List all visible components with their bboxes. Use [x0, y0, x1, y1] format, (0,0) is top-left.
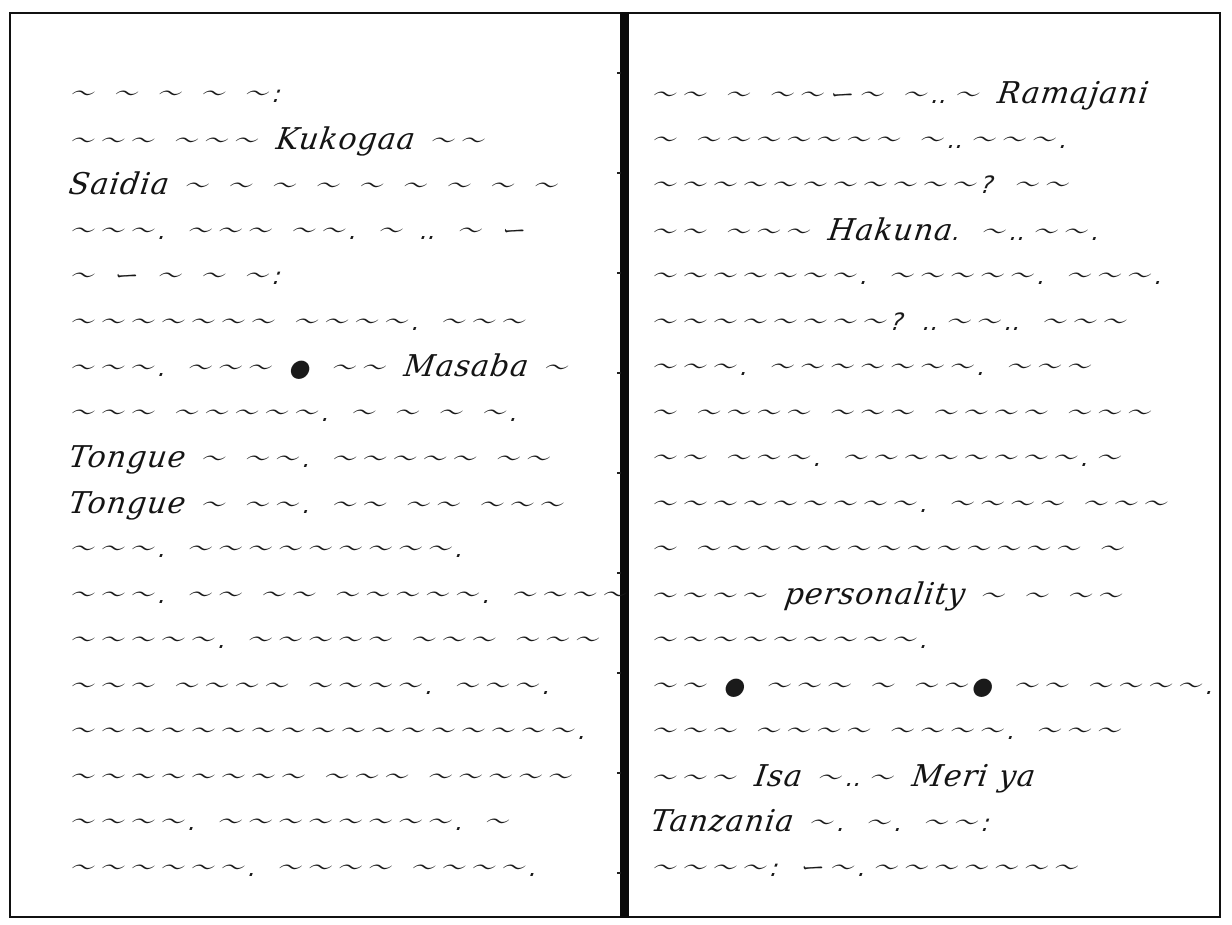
- illegible-handwriting: 〜 〜〜. 〜〜〜〜〜 〜〜: [184, 445, 556, 473]
- illegible-handwriting: 〜: [527, 354, 575, 382]
- handwritten-line: Saidia 〜 〜 〜 〜 〜 〜 〜 〜 〜: [67, 169, 565, 202]
- romanized-word: Masaba: [402, 349, 532, 384]
- handwritten-line: 〜〜〜. 〜〜〜 〜〜. 〜 ‥ 〜 ー: [67, 215, 533, 247]
- romanized-word: Kukogaa: [274, 122, 418, 157]
- illegible-handwriting: 〜〜〜. 〜〜〜〜〜〜〜. 〜〜〜: [649, 353, 1097, 381]
- illegible-handwriting: 〜 〜〜〜〜〜〜〜〜〜〜〜〜〜 〜: [649, 535, 1130, 563]
- illegible-handwriting: 〜〜〜〜〜〜〜〜〜. 〜〜〜〜 〜〜〜: [649, 490, 1174, 518]
- handwritten-line: 〜〜〜〜〜〜〜〜? ‥〜〜‥ 〜〜〜: [649, 306, 1133, 338]
- illegible-handwriting: 〜〜〜〜〜〜〜〜〜.: [649, 626, 937, 654]
- illegible-handwriting: 〜〜: [414, 127, 492, 155]
- handwritten-line: 〜〜〜. 〜〜〜〜〜〜〜〜〜.: [67, 533, 472, 565]
- handwritten-line: 〜〜〜〜〜〜〜〜〜〜〜? 〜〜: [649, 169, 1076, 201]
- handwritten-line: 〜〜 〜 〜〜ー〜 〜‥〜 Ramajani: [649, 78, 1152, 111]
- handwritten-line: 〜〜〜〜〜〜. 〜〜〜〜 〜〜〜〜.: [67, 852, 546, 884]
- illegible-handwriting: 〜〜〜 〜〜〜: [67, 127, 278, 155]
- illegible-handwriting: 〜 ー 〜 〜 〜:: [67, 262, 290, 290]
- illegible-handwriting: 〜 〜〜〜〜 〜〜〜 〜〜〜〜 〜〜〜: [649, 399, 1157, 427]
- notebook-binding-spine: [620, 12, 629, 918]
- illegible-handwriting: 〜〜〜〜. 〜〜〜〜〜〜〜〜. 〜: [67, 808, 515, 836]
- romanized-word: Tanzania: [649, 804, 797, 839]
- romanized-word: personality: [782, 577, 968, 612]
- romanized-word: Ramajani: [995, 76, 1152, 111]
- handwritten-line: 〜〜〜 Isa 〜‥〜 Meri ya: [649, 761, 1038, 794]
- handwritten-line: 〜〜〜〜〜〜〜〜〜. 〜〜〜〜 〜〜〜: [649, 488, 1174, 520]
- illegible-handwriting: 〜 〜 〜 〜 〜 〜 〜 〜 〜: [168, 172, 565, 200]
- illegible-handwriting: 〜〜〜 〜〜〜〜〜. 〜 〜 〜 〜.: [67, 399, 526, 427]
- handwritten-line: 〜〜〜〜 personality 〜 〜 〜〜: [649, 579, 1129, 612]
- handwritten-line: 〜〜〜〜: ー〜.〜〜〜〜〜〜〜: [649, 852, 1085, 884]
- handwritten-line: 〜〜〜〜〜. 〜〜〜〜〜 〜〜〜 〜〜〜: [67, 624, 606, 656]
- handwritten-line: 〜〜〜〜〜〜〜〜〜.: [649, 624, 937, 656]
- left-page: 〜 〜 〜 〜 〜:〜〜〜 〜〜〜 Kukogaa 〜〜Saidia 〜 〜 〜…: [11, 12, 619, 918]
- handwritten-line: 〜 〜〜〜〜〜〜〜〜〜〜〜〜〜 〜: [649, 533, 1131, 565]
- handwritten-line: 〜〜〜〜. 〜〜〜〜〜〜〜〜. 〜: [67, 806, 516, 838]
- handwritten-line: 〜〜〜 〜〜〜〜 〜〜〜〜. 〜〜〜.: [67, 670, 560, 702]
- handwritten-line: 〜〜〜. 〜〜 〜〜 〜〜〜〜〜. 〜〜〜〜: [67, 579, 633, 611]
- handwritten-line: 〜 〜〜〜〜 〜〜〜 〜〜〜〜 〜〜〜: [649, 397, 1158, 429]
- handwritten-line: Tanzania 〜. 〜. 〜〜:: [649, 806, 999, 839]
- romanized-word: Hakuna: [826, 213, 956, 248]
- handwritten-line: 〜〜〜〜〜〜〜 〜〜〜〜. 〜〜〜: [67, 306, 532, 338]
- illegible-handwriting: 〜〜〜〜: [649, 582, 787, 610]
- handwritten-line: 〜〜〜. 〜〜〜〜〜〜〜. 〜〜〜: [649, 351, 1098, 383]
- illegible-handwriting: 〜〜〜〜〜〜〜〜? ‥〜〜‥ 〜〜〜: [649, 308, 1133, 336]
- illegible-handwriting: 〜〜 ● 〜〜〜 〜 〜〜● 〜〜 〜〜〜〜.: [649, 672, 1222, 700]
- illegible-handwriting: 〜. 〜. 〜〜:: [792, 809, 998, 837]
- illegible-handwriting: 〜〜〜〜〜〜〜 〜〜〜〜. 〜〜〜: [67, 308, 532, 336]
- illegible-handwriting: 〜〜〜. 〜〜〜 〜〜. 〜 ‥ 〜 ー: [67, 217, 532, 245]
- romanized-word: Isa: [752, 759, 805, 794]
- illegible-handwriting: 〜〜〜: [649, 764, 757, 792]
- illegible-handwriting: 〜〜〜 〜〜〜〜 〜〜〜〜. 〜〜〜.: [67, 672, 559, 700]
- handwritten-line: 〜〜〜 〜〜〜〜〜. 〜 〜 〜 〜.: [67, 397, 527, 429]
- handwritten-line: 〜 ー 〜 〜 〜:: [67, 260, 290, 292]
- illegible-handwriting: 〜 〜 〜〜: [964, 582, 1129, 610]
- romanized-word: Tongue: [67, 440, 189, 475]
- illegible-handwriting: 〜 〜 〜 〜 〜:: [67, 80, 290, 108]
- illegible-handwriting: 〜〜 〜〜〜: [649, 218, 830, 246]
- illegible-handwriting: 〜〜〜〜: ー〜.〜〜〜〜〜〜〜: [649, 854, 1084, 882]
- handwritten-line: 〜 〜 〜 〜 〜:: [67, 78, 290, 110]
- illegible-handwriting: 〜 〜〜. 〜〜 〜〜 〜〜〜: [184, 491, 570, 519]
- handwritten-line: 〜 〜〜〜〜〜〜〜 〜‥〜〜〜.: [649, 124, 1076, 156]
- handwritten-line: 〜〜〜〜〜〜〜〜〜〜〜〜〜〜〜〜〜.: [67, 715, 595, 747]
- illegible-handwriting: 〜〜〜〜〜〜. 〜〜〜〜 〜〜〜〜.: [67, 854, 545, 882]
- illegible-handwriting: 〜〜〜〜〜. 〜〜〜〜〜 〜〜〜 〜〜〜: [67, 626, 605, 654]
- handwritten-line: Tongue 〜 〜〜. 〜〜〜〜〜 〜〜: [67, 442, 557, 475]
- illegible-handwriting: 〜〜〜〜〜〜〜〜〜〜〜〜〜〜〜〜〜.: [67, 717, 595, 745]
- illegible-handwriting: 〜〜 〜〜〜. 〜〜〜〜〜〜〜〜.〜: [649, 444, 1127, 472]
- romanized-word: Saidia: [67, 167, 173, 202]
- handwritten-line: 〜〜 〜〜〜. 〜〜〜〜〜〜〜〜.〜: [649, 442, 1128, 474]
- handwritten-line: 〜〜 〜〜〜 Hakuna. 〜‥〜〜.: [649, 215, 1109, 248]
- handwritten-line: Tongue 〜 〜〜. 〜〜 〜〜 〜〜〜: [67, 488, 571, 521]
- handwritten-line: 〜〜 ● 〜〜〜 〜 〜〜● 〜〜 〜〜〜〜.: [649, 670, 1223, 702]
- illegible-handwriting: 〜〜 〜 〜〜ー〜 〜‥〜: [649, 81, 999, 109]
- illegible-handwriting: . 〜‥〜〜.: [951, 218, 1108, 246]
- handwritten-line: 〜〜〜〜〜〜〜. 〜〜〜〜〜. 〜〜〜.: [649, 260, 1172, 292]
- romanized-word: Meri ya: [910, 759, 1039, 794]
- romanized-word: Tongue: [67, 486, 189, 521]
- illegible-handwriting: 〜〜〜. 〜〜 〜〜 〜〜〜〜〜. 〜〜〜〜: [67, 581, 633, 609]
- illegible-handwriting: 〜〜〜. 〜〜〜 ● 〜〜: [67, 354, 406, 382]
- illegible-handwriting: 〜〜〜〜〜〜〜. 〜〜〜〜〜. 〜〜〜.: [649, 262, 1171, 290]
- handwritten-line: 〜〜〜 〜〜〜 Kukogaa 〜〜: [67, 124, 492, 157]
- handwritten-line: 〜〜〜 〜〜〜〜 〜〜〜〜. 〜〜〜: [649, 715, 1128, 747]
- handwritten-line: 〜〜〜〜〜〜〜〜 〜〜〜 〜〜〜〜〜: [67, 761, 579, 793]
- right-page: 〜〜 〜 〜〜ー〜 〜‥〜 Ramajani〜 〜〜〜〜〜〜〜 〜‥〜〜〜.〜〜…: [631, 12, 1219, 918]
- illegible-handwriting: 〜‥〜: [801, 764, 914, 792]
- illegible-handwriting: 〜〜〜〜〜〜〜〜〜〜〜? 〜〜: [649, 171, 1075, 199]
- illegible-handwriting: 〜〜〜 〜〜〜〜 〜〜〜〜. 〜〜〜: [649, 717, 1127, 745]
- illegible-handwriting: 〜〜〜〜〜〜〜〜 〜〜〜 〜〜〜〜〜: [67, 763, 578, 791]
- illegible-handwriting: 〜〜〜. 〜〜〜〜〜〜〜〜〜.: [67, 535, 472, 563]
- illegible-handwriting: 〜 〜〜〜〜〜〜〜 〜‥〜〜〜.: [649, 126, 1076, 154]
- handwritten-line: 〜〜〜. 〜〜〜 ● 〜〜 Masaba 〜: [67, 351, 575, 384]
